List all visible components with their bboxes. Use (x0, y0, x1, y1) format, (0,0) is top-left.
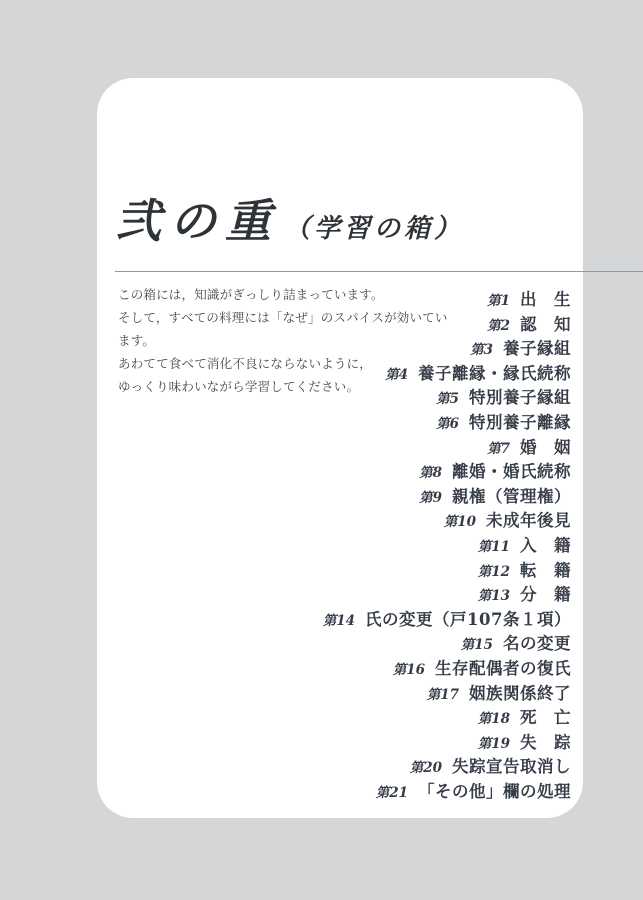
page-background: 弐の重（学習の箱） この箱には，知識がぎっしり詰まっています。そして，すべての料… (0, 0, 643, 900)
toc-item-title: 失 踪 (520, 733, 571, 752)
book-page: 弐の重（学習の箱） この箱には，知識がぎっしり詰まっています。そして，すべての料… (97, 78, 583, 818)
toc-item: 第16生存配偶者の復氏 (141, 657, 571, 682)
toc-item-number: 第12 (478, 564, 510, 580)
toc-item-number: 第11 (478, 539, 510, 555)
title-divider (115, 271, 643, 272)
toc-item-number: 第7 (487, 441, 510, 457)
toc-item-number: 第17 (427, 687, 459, 703)
toc-item: 第7婚 姻 (141, 436, 571, 461)
toc-item-number: 第5 (436, 391, 459, 407)
toc-item-number: 第13 (478, 588, 510, 604)
toc-item: 第12転 籍 (141, 559, 571, 584)
toc-item: 第14氏の変更（戸107条１項） (141, 608, 571, 633)
toc-item-title: 婚 姻 (520, 438, 571, 457)
toc-item-number: 第19 (478, 736, 510, 752)
toc-item-number: 第18 (478, 711, 510, 727)
toc-item-number: 第16 (393, 662, 425, 678)
toc-item: 第19失 踪 (141, 731, 571, 756)
toc-item: 第8離婚・婚氏続称 (141, 460, 571, 485)
toc-item-title: 生存配偶者の復氏 (435, 659, 571, 678)
toc-item: 第11入 籍 (141, 534, 571, 559)
toc-item-number: 第8 (419, 465, 442, 481)
toc-item-title: 入 籍 (520, 536, 571, 555)
toc-item-title: 死 亡 (520, 708, 571, 727)
toc-item-number: 第9 (419, 490, 442, 506)
toc-item-number: 第2 (487, 318, 510, 334)
toc-item: 第15名の変更 (141, 632, 571, 657)
toc-item-number: 第3 (470, 342, 493, 358)
toc-item-title: 名の変更 (503, 634, 571, 653)
toc-item-title: 失踪宣告取消し (452, 757, 571, 776)
toc-item-number: 第15 (461, 637, 493, 653)
toc-item: 第1出 生 (141, 288, 571, 313)
toc-item: 第20失踪宣告取消し (141, 755, 571, 780)
toc-item: 第2認 知 (141, 313, 571, 338)
toc-item-title: 認 知 (520, 315, 571, 334)
toc-item: 第3養子縁組 (141, 337, 571, 362)
toc-item-number: 第10 (444, 514, 476, 530)
toc-item: 第17姻族関係終了 (141, 682, 571, 707)
toc-item-title: 転 籍 (520, 561, 571, 580)
toc-item-number: 第20 (410, 760, 442, 776)
toc-list: 第1出 生第2認 知第3養子縁組第4養子離縁・縁氏続称第5特別養子縁組第6特別養… (141, 288, 571, 804)
page-subtitle: （学習の箱） (284, 214, 464, 244)
toc-item-title: 分 籍 (520, 585, 571, 604)
toc-item-title: 特別養子離縁 (469, 413, 571, 432)
toc-item-title: 未成年後見 (486, 511, 571, 530)
toc-item-title: 「その他」欄の処理 (418, 782, 571, 801)
toc-item-number: 第6 (436, 416, 459, 432)
toc-item-title: 特別養子縁組 (469, 388, 571, 407)
toc-item: 第5特別養子縁組 (141, 386, 571, 411)
toc-item: 第13分 籍 (141, 583, 571, 608)
toc-item-title: 離婚・婚氏続称 (452, 462, 571, 481)
toc-item-number: 第14 (323, 613, 355, 629)
toc-item-title: 出 生 (520, 290, 571, 309)
toc-item: 第21「その他」欄の処理 (141, 780, 571, 805)
toc-item-title: 親権（管理権） (452, 487, 571, 506)
toc-item: 第9親権（管理権） (141, 485, 571, 510)
toc-item-title: 養子縁組 (503, 339, 571, 358)
toc-item: 第10未成年後見 (141, 509, 571, 534)
page-title: 弐の重 (115, 194, 280, 248)
toc-item: 第6特別養子離縁 (141, 411, 571, 436)
toc-item-number: 第4 (385, 367, 408, 383)
toc-item: 第18死 亡 (141, 706, 571, 731)
toc-item-title: 姻族関係終了 (469, 684, 571, 703)
toc-item-number: 第21 (376, 785, 408, 801)
toc-item-title: 養子離縁・縁氏続称 (418, 364, 571, 383)
toc-item-number: 第1 (487, 293, 510, 309)
toc-item: 第4養子離縁・縁氏続称 (141, 362, 571, 387)
title-row: 弐の重（学習の箱） (115, 198, 555, 245)
toc-item-title: 氏の変更（戸107条１項） (365, 610, 571, 629)
